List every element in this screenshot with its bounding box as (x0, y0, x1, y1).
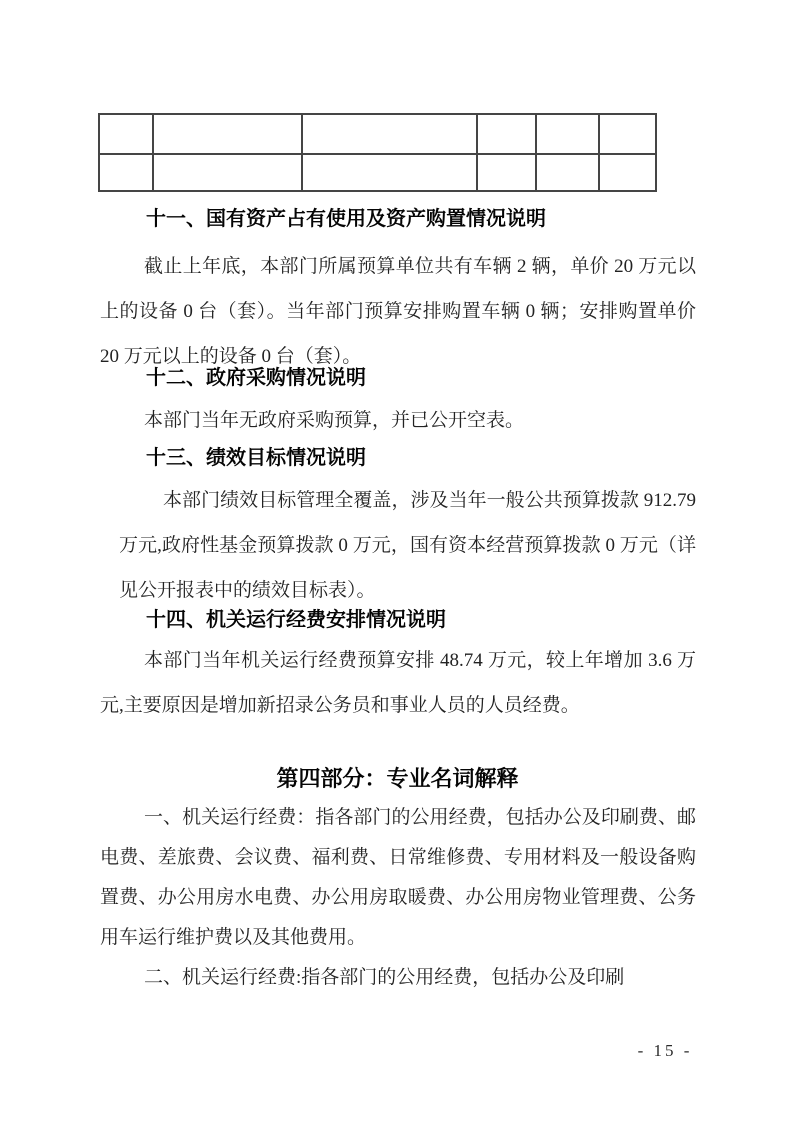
section-paragraph-14: 本部门当年机关运行经费预算安排 48.74 万元，较上年增加 3.6 万元,主要… (100, 638, 696, 728)
table-cell (477, 114, 536, 154)
part-four-paragraph-2: 二、机关运行经费:指各部门的公用经费，包括办公及印刷 (100, 958, 696, 998)
table-cell (302, 154, 477, 191)
table-cell (536, 114, 599, 154)
part-four-title: 第四部分：专业名词解释 (100, 763, 695, 795)
section-paragraph-13: 本部门绩效目标管理全覆盖，涉及当年一般公共预算拨款 912.79 万元,政府性基… (100, 478, 696, 613)
table-cell (99, 154, 153, 191)
table-cell (477, 154, 536, 191)
section-paragraph-12: 本部门当年无政府采购预算，并已公开空表。 (100, 398, 696, 443)
asset-table-body (99, 114, 656, 191)
section-heading-11: 十一、国有资产占有使用及资产购置情况说明 (100, 204, 695, 234)
section-heading-12: 十二、政府采购情况说明 (100, 363, 695, 393)
table-cell (153, 114, 302, 154)
document-page: 十一、国有资产占有使用及资产购置情况说明 截止上年底，本部门所属预算单位共有车辆… (0, 0, 793, 1122)
section-heading-14: 十四、机关运行经费安排情况说明 (100, 605, 695, 635)
table-row (99, 154, 656, 191)
section-paragraph-11: 截止上年底，本部门所属预算单位共有车辆 2 辆，单价 20 万元以上的设备 0 … (100, 244, 696, 379)
table-cell (302, 114, 477, 154)
table-cell (599, 114, 656, 154)
table-cell (536, 154, 599, 191)
table-row (99, 114, 656, 154)
asset-table (98, 113, 657, 192)
table-cell (599, 154, 656, 191)
page-number: - 15 - (620, 1041, 710, 1061)
section-heading-13: 十三、绩效目标情况说明 (100, 443, 695, 473)
part-four-paragraph-1: 一、机关运行经费：指各部门的公用经费，包括办公及印刷费、邮电费、差旅费、会议费、… (100, 798, 696, 958)
table-cell (99, 114, 153, 154)
table-cell (153, 154, 302, 191)
